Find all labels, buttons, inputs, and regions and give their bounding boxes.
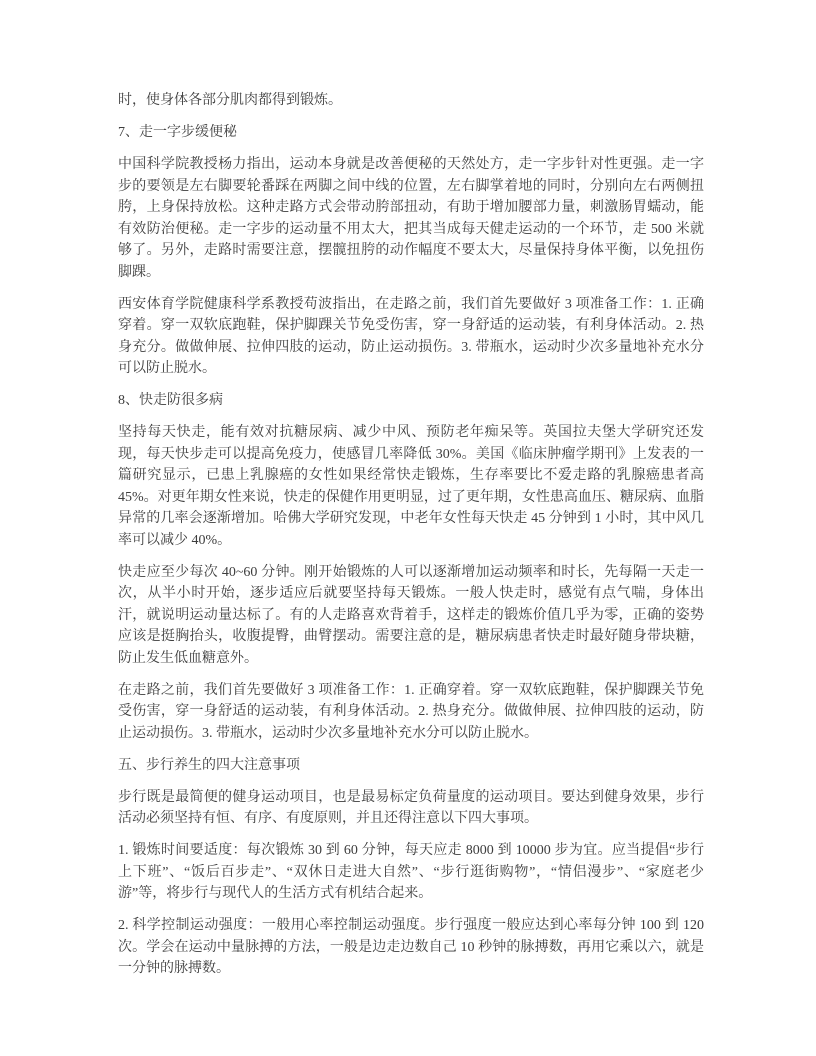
section-heading-7: 7、走一字步缓便秘 <box>118 122 704 144</box>
paragraph: 快走应至少每次 40~60 分钟。刚开始锻炼的人可以逐渐增加运动频率和时长，先每… <box>118 562 704 670</box>
document-page: 时，使身体各部分肌肉都得到锻炼。 7、走一字步缓便秘 中国科学院教授杨力指出，运… <box>0 0 816 1056</box>
paragraph-continuation: 时，使身体各部分肌肉都得到锻炼。 <box>118 90 704 112</box>
section-heading-five: 五、步行养生的四大注意事项 <box>118 755 704 777</box>
paragraph: 在走路之前，我们首先要做好 3 项准备工作：1. 正确穿着。穿一双软底跑鞋，保护… <box>118 680 704 745</box>
section-heading-8: 8、快走防很多病 <box>118 390 704 412</box>
document-body: 时，使身体各部分肌肉都得到锻炼。 7、走一字步缓便秘 中国科学院教授杨力指出，运… <box>118 90 704 990</box>
paragraph: 坚持每天快走，能有效对抗糖尿病、减少中风、预防老年痴呆等。英国拉夫堡大学研究还发… <box>118 422 704 551</box>
paragraph: 中国科学院教授杨力指出，运动本身就是改善便秘的天然处方，走一字步针对性更强。走一… <box>118 154 704 283</box>
paragraph: 西安体育学院健康科学系教授苟波指出，在走路之前，我们首先要做好 3 项准备工作：… <box>118 294 704 380</box>
paragraph: 步行既是最简便的健身运动项目，也是最易标定负荷量度的运动项目。要达到健身效果，步… <box>118 787 704 830</box>
paragraph: 2. 科学控制运动强度：一般用心率控制运动强度。步行强度一般应达到心率每分钟 1… <box>118 915 704 980</box>
paragraph: 1. 锻炼时间要适度：每次锻炼 30 到 60 分钟，每天应走 8000 到 1… <box>118 840 704 905</box>
